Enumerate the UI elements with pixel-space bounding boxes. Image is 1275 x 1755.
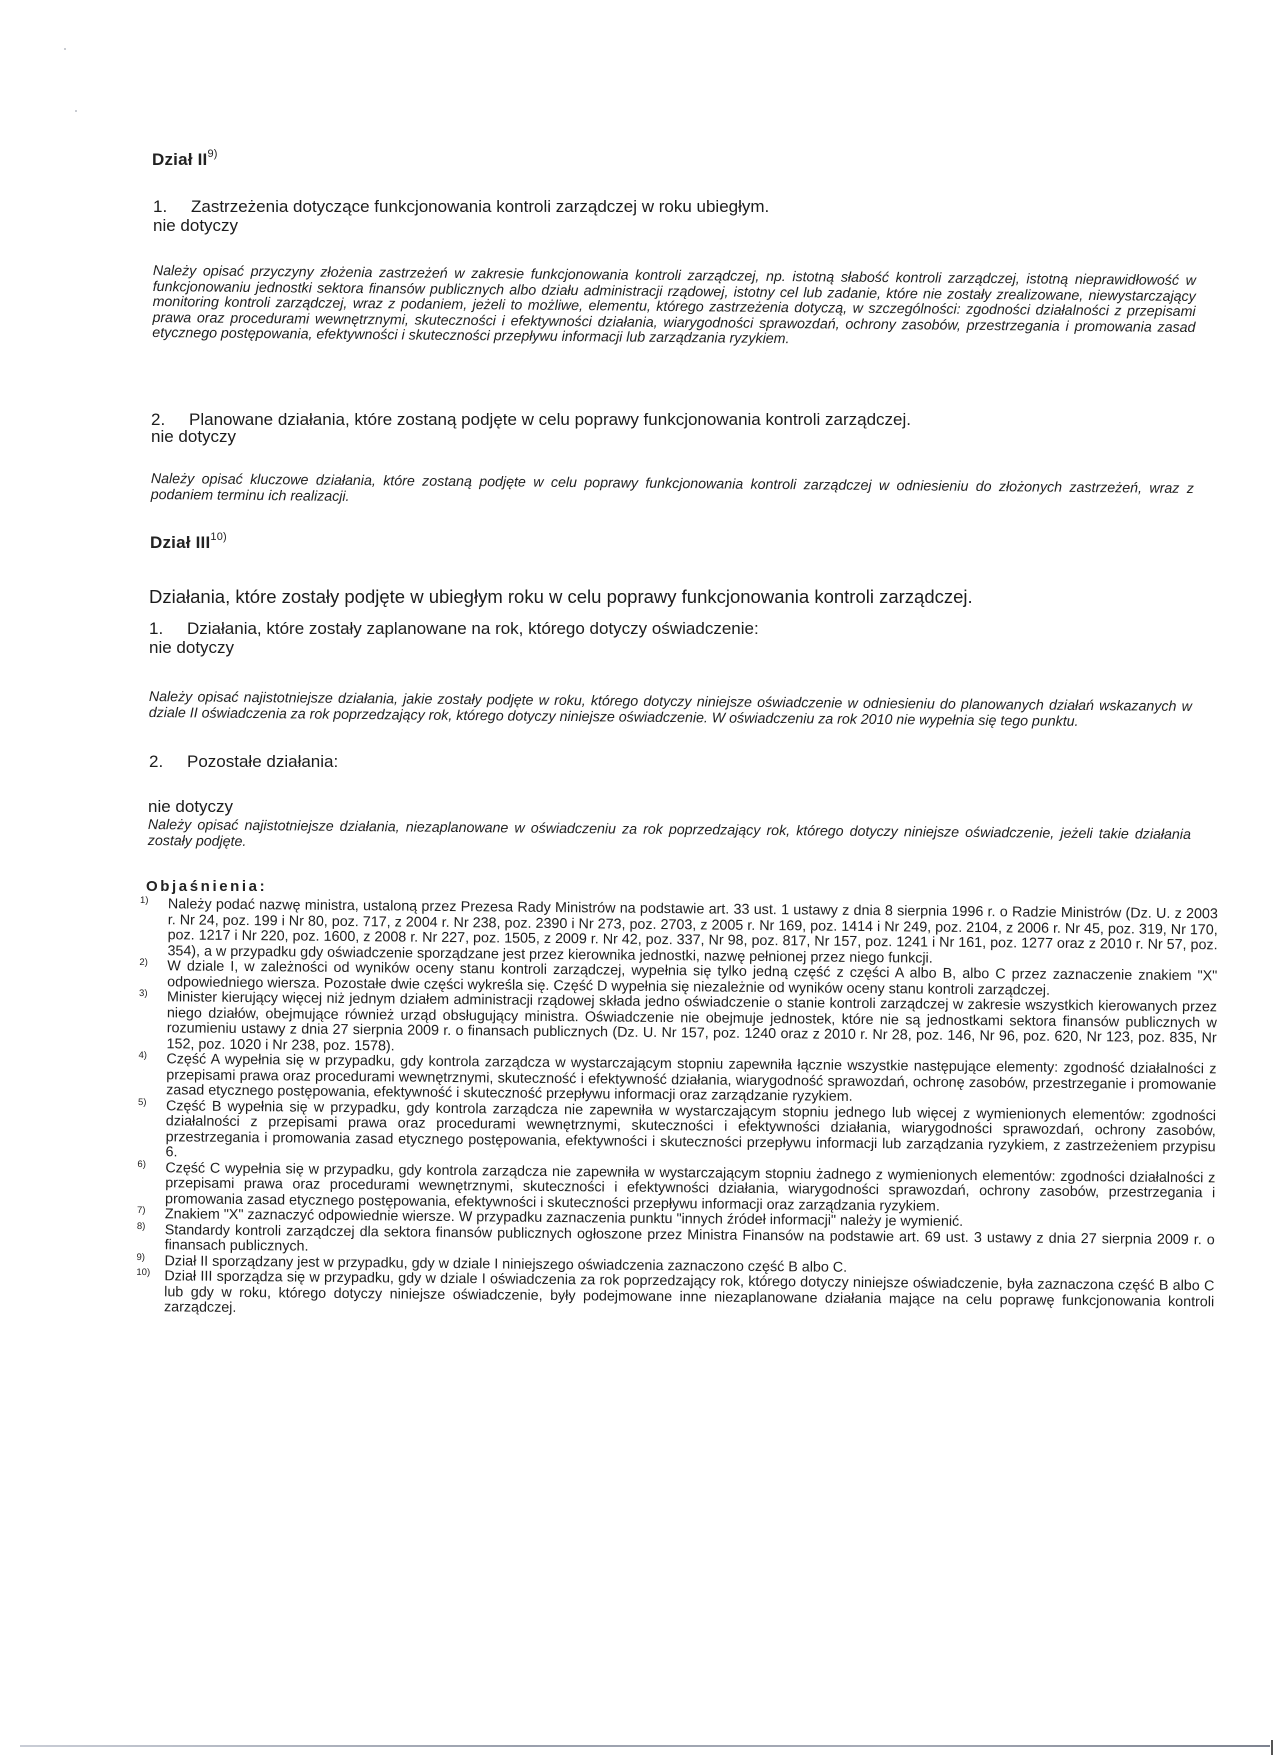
footnote-3: 3)Minister kierujący więcej niż jednym d…	[139, 990, 1218, 1062]
dzial-ii-item-1-title: 1.Zastrzeżenia dotyczące funkcjonowania …	[153, 197, 769, 217]
scan-speck	[64, 48, 66, 50]
footnote-mark: 6)	[137, 1156, 163, 1172]
dzial-iii-section-title: Działania, które zostały podjęte w ubieg…	[149, 586, 973, 608]
footnote-mark: 2)	[139, 955, 165, 971]
dzial-iii-item-2-instruction: Należy opisać najistotniejsze działania,…	[148, 818, 1191, 859]
item-title-text: Zastrzeżenia dotyczące funkcjonowania ko…	[191, 197, 769, 216]
footnote-text: Część A wypełnia się w przypadku, gdy ko…	[166, 1051, 1216, 1105]
dzial-ii-footnote-ref: 9)	[207, 148, 217, 160]
dzial-iii-item-2-title: 2.Pozostałe działania:	[149, 752, 338, 772]
scan-speck	[75, 110, 77, 112]
item-title-text: Planowane działania, które zostaną podję…	[189, 410, 911, 429]
scan-edge-line	[20, 1745, 1270, 1747]
dzial-ii-heading: Dział II9)	[152, 148, 218, 170]
dzial-iii-heading: Dział III10)	[150, 531, 227, 553]
dzial-iii-item-1-answer: nie dotyczy	[149, 638, 234, 658]
footnote-10: 10)Dział III sporządza się w przypadku, …	[136, 1269, 1214, 1326]
footnote-mark: 4)	[138, 1048, 164, 1064]
dzial-ii-item-2-answer: nie dotyczy	[151, 427, 236, 447]
dzial-iii-item-1-instruction: Należy opisać najistotniejsze działania,…	[149, 690, 1192, 731]
footnotes-list: 1)Należy podać nazwę ministra, ustaloną …	[136, 897, 1218, 1326]
dzial-ii-item-1-instruction: Należy opisać przyczyny złożenia zastrze…	[152, 264, 1196, 352]
dzial-iii-footnote-ref: 10)	[210, 531, 227, 543]
dzial-ii-item-2-title: 2.Planowane działania, które zostaną pod…	[151, 410, 911, 430]
scan-edge-tick	[1271, 1740, 1273, 1755]
footnote-mark: 8)	[137, 1218, 163, 1234]
footnote-text: Część B wypełnia się w przypadku, gdy ko…	[165, 1098, 1216, 1161]
item-number: 1.	[149, 619, 187, 639]
footnote-mark: 7)	[137, 1203, 163, 1219]
footnote-5: 5)Część B wypełnia się w przypadku, gdy …	[137, 1098, 1216, 1170]
footnote-mark: 1)	[140, 893, 166, 909]
dzial-ii-item-1-answer: nie dotyczy	[153, 216, 238, 236]
dzial-iii-item-2-answer: nie dotyczy	[148, 797, 233, 817]
footnote-mark: 10)	[136, 1265, 162, 1281]
item-title-text: Pozostałe działania:	[187, 752, 338, 771]
footnote-mark: 3)	[139, 986, 165, 1002]
scanned-document-page: Dział II9) 1.Zastrzeżenia dotyczące funk…	[0, 0, 1275, 1755]
footnote-text: Część C wypełnia się w przypadku, gdy ko…	[165, 1160, 1215, 1214]
footnote-mark: 9)	[136, 1249, 162, 1265]
item-number: 2.	[149, 752, 187, 772]
dzial-iii-heading-text: Dział III	[150, 533, 210, 552]
footnote-1: 1)Należy podać nazwę ministra, ustaloną …	[139, 897, 1218, 969]
footnote-mark: 5)	[138, 1094, 164, 1110]
dzial-ii-heading-text: Dział II	[152, 150, 207, 169]
dzial-ii-item-2-instruction: Należy opisać kluczowe działania, które …	[151, 472, 1194, 513]
footnote-text: Należy podać nazwę ministra, ustaloną pr…	[167, 896, 1218, 966]
footnote-text: Minister kierujący więcej niż jednym dzi…	[167, 989, 1218, 1054]
item-title-text: Działania, które zostały zaplanowane na …	[187, 619, 759, 638]
dzial-iii-item-1-title: 1.Działania, które zostały zaplanowane n…	[149, 619, 759, 639]
item-number: 1.	[153, 197, 191, 217]
